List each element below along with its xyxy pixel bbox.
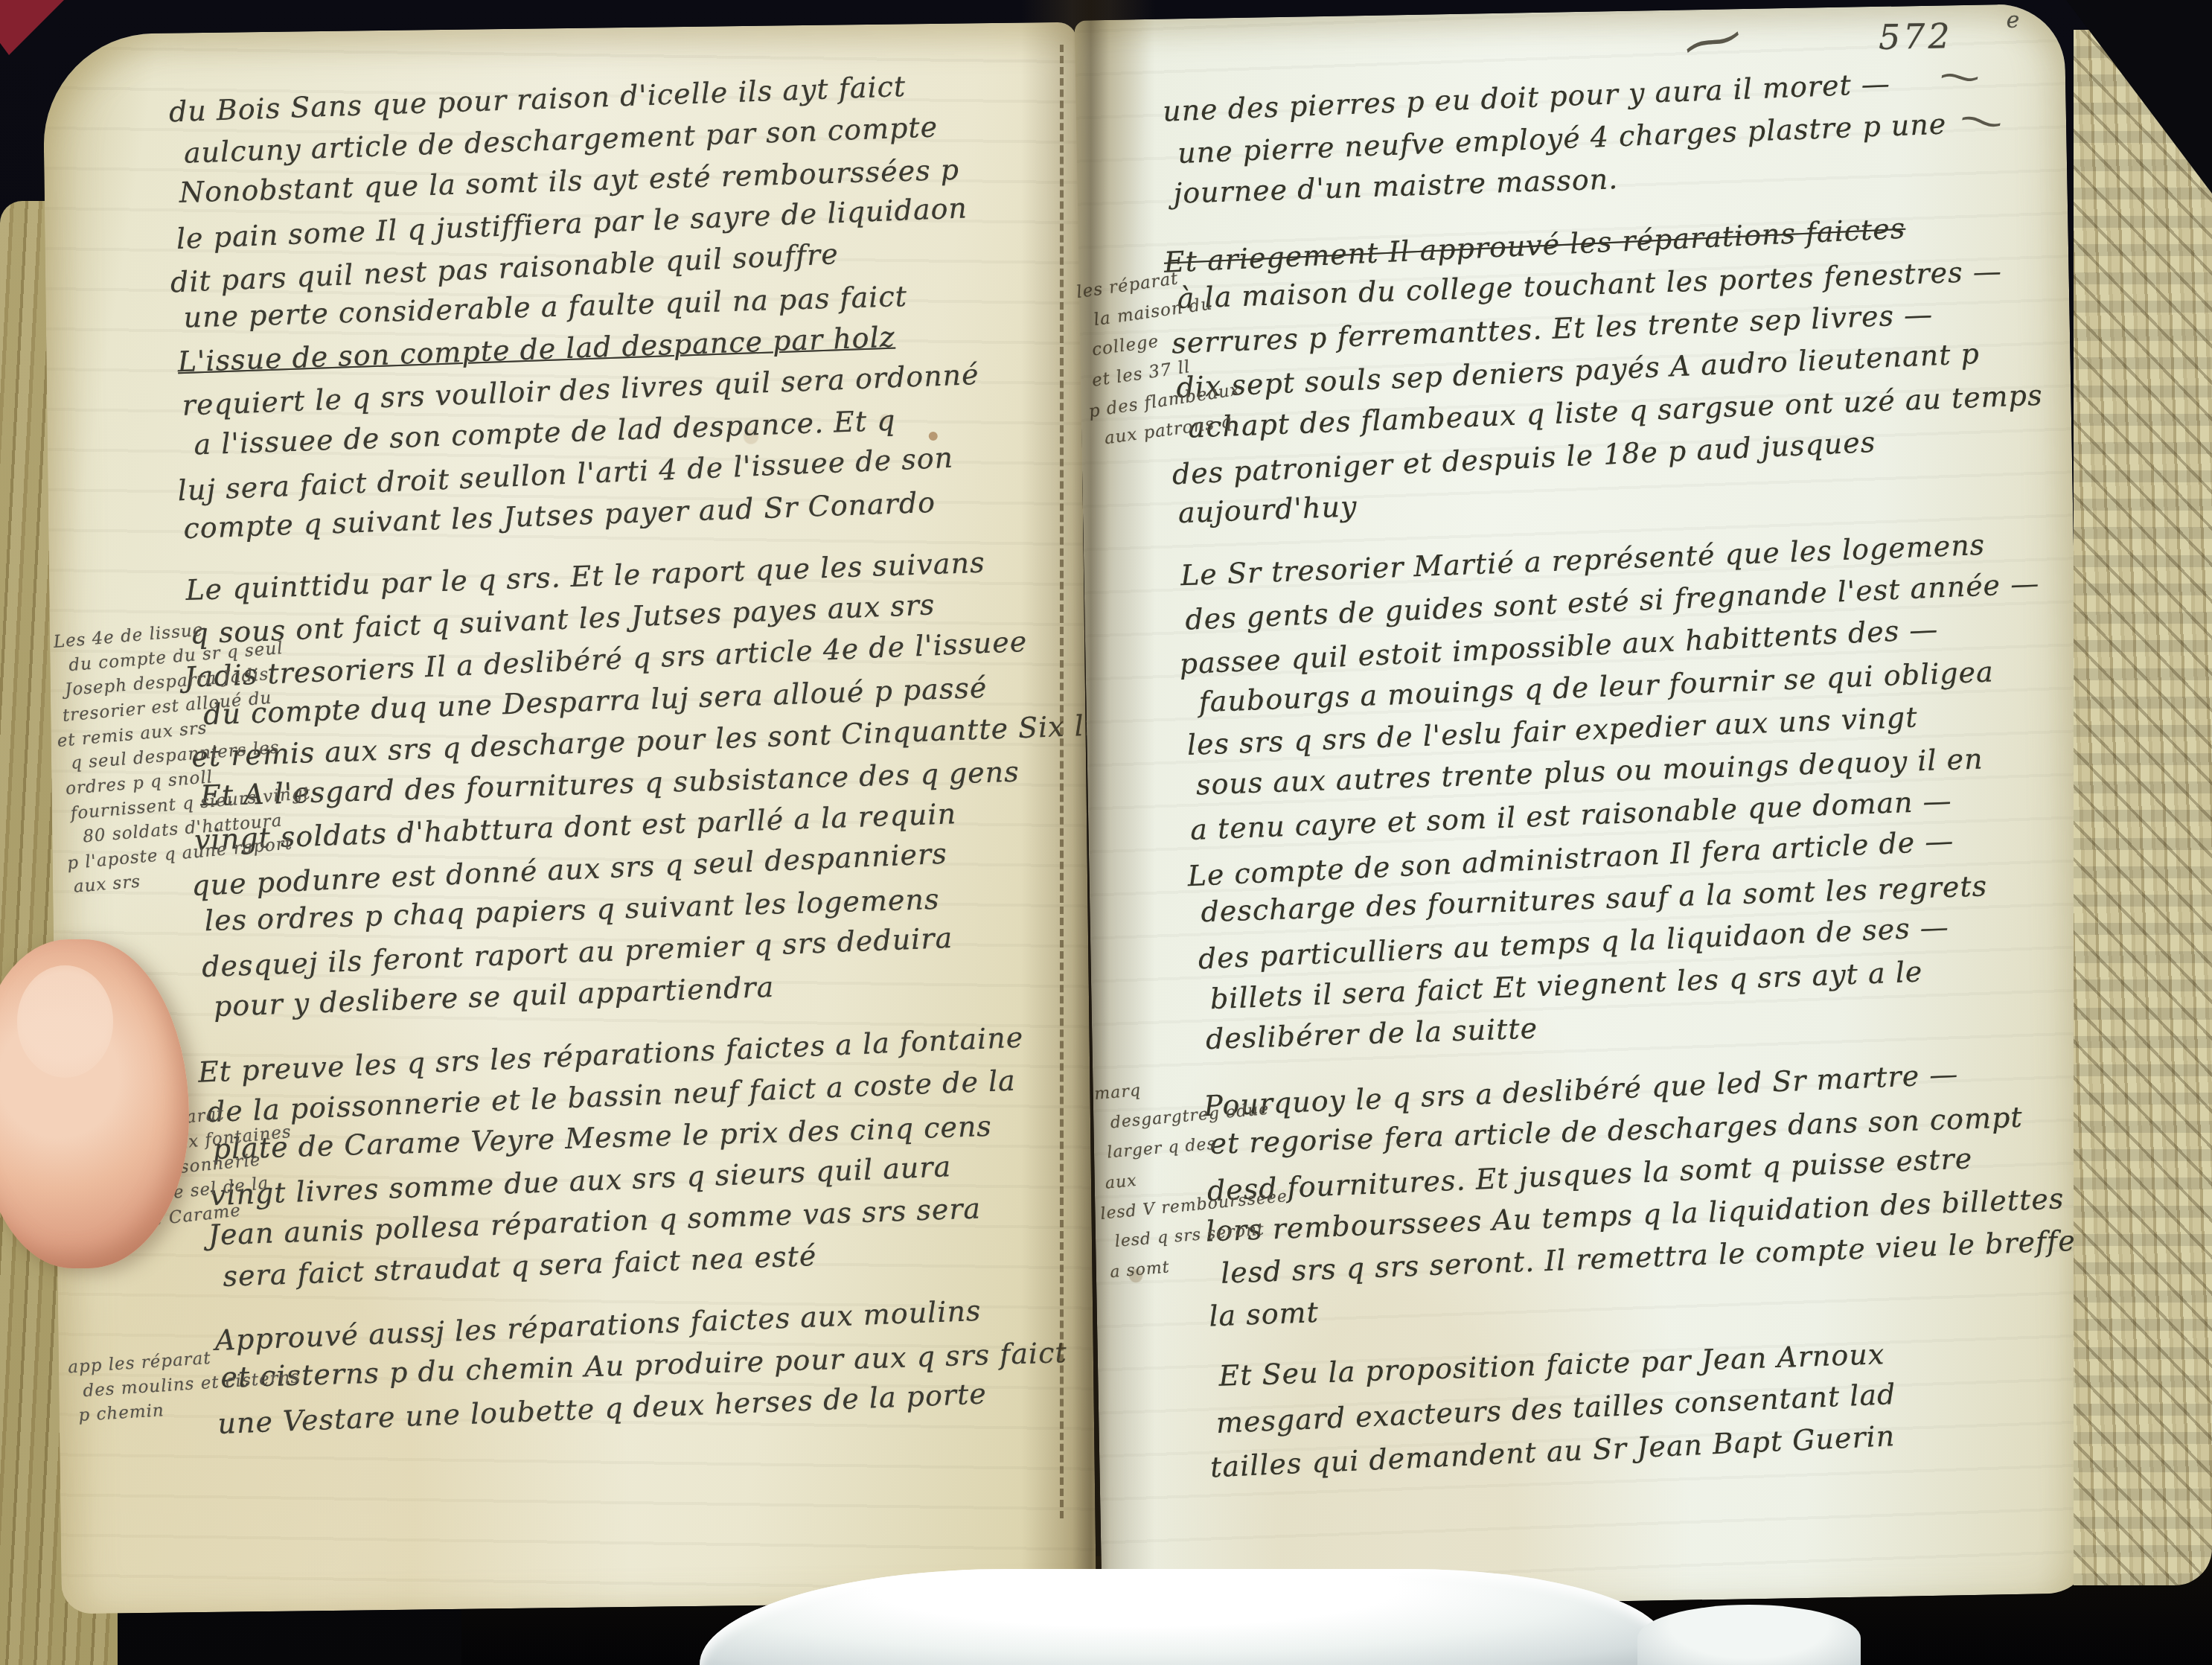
red-object-top-left <box>0 0 64 55</box>
ink-stain <box>929 432 938 441</box>
photo-of-open-manuscript-book: du Bois Sans que pour raison d'icelle il… <box>0 0 2212 1665</box>
left-manuscript-page: du Bois Sans que pour raison d'icelle il… <box>42 22 1096 1614</box>
right-page-body-text: une des pierres p eu doit pour y aura il… <box>1162 54 2152 1485</box>
book-gutter-shadow <box>1021 0 1155 1585</box>
right-fore-edge-pages <box>2074 30 2212 1585</box>
left-page-body-text: du Bois Sans que pour raison d'icelle il… <box>168 59 1145 1443</box>
left-margin-note-1: Les 4e de lissuedu compte du sr q seulJo… <box>53 613 290 900</box>
binding-stitch-seam <box>1060 45 1064 1518</box>
folio-corner-mark: e <box>2006 7 2020 33</box>
right-manuscript-page: 572 e ~ ~ ~ une des pierres p eu doit po… <box>1074 4 2091 1611</box>
white-blanket-below-book <box>700 1569 1667 1665</box>
ink-flourish: ~ <box>1671 6 1754 77</box>
left-margin-note-3: app les réparatdes moulins et cisternsp … <box>67 1343 272 1429</box>
folio-page-number: 572 <box>1879 16 1954 57</box>
